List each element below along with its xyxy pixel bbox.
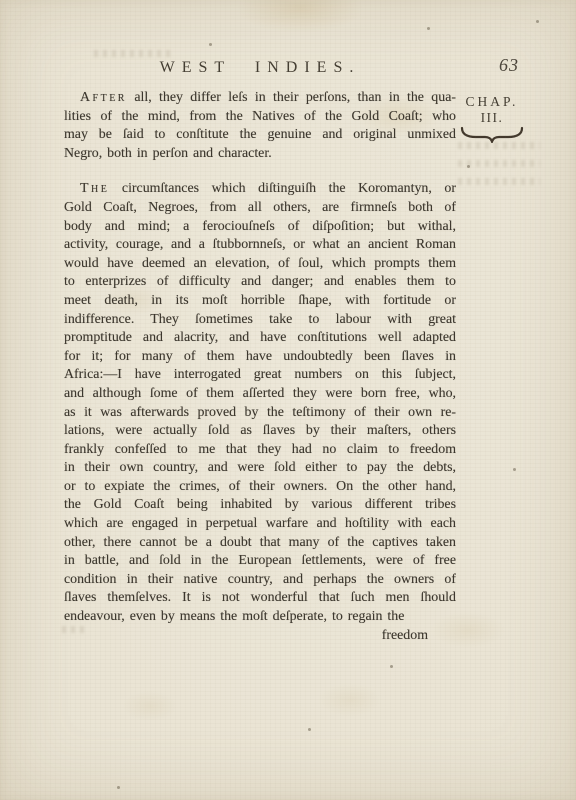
text-line: which are engaged in perpetual warfare a… — [64, 515, 456, 534]
chapter-numeral: III. — [456, 110, 528, 125]
paragraph-lead-word: After — [80, 90, 127, 105]
text-line: condition in their native country, and p… — [64, 571, 456, 590]
text-line: Negro, both in perſon and character. — [64, 145, 456, 164]
text-line: in their own country, and were ſold eith… — [64, 459, 456, 478]
ink-speck — [427, 27, 430, 30]
text-line: lities of the mind, from the Natives of … — [64, 108, 456, 127]
chapter-label: CHAP. — [456, 94, 528, 110]
text-line: in battle, and ſold in the European ſett… — [64, 552, 456, 571]
page-number: 63 — [499, 55, 519, 76]
text-line: indifference. They ſometimes take to lab… — [64, 311, 456, 330]
text-line: After all, they differ leſs in their per… — [64, 89, 456, 108]
catchword-row: freedom — [64, 627, 456, 646]
text-line: body and mind; a ferociouſneſs of diſpoſ… — [64, 218, 456, 237]
ink-speck — [390, 665, 393, 668]
ink-speck — [308, 728, 311, 731]
text-line: activity, courage, and a ſtubbornneſs, o… — [64, 236, 456, 255]
catchword: freedom — [382, 628, 428, 643]
paragraph-2: The circumſtances which diſtinguiſh the … — [64, 180, 456, 626]
text-line: ſlaves themſelves. It is not wonderful t… — [64, 589, 456, 608]
text-line: The circumſtances which diſtinguiſh the … — [64, 180, 456, 199]
text-line: other, there cannot be a doubt that many… — [64, 534, 456, 553]
text-line: Africa:—I have interrogated great number… — [64, 366, 456, 385]
bleedthrough-ghost-margin — [458, 142, 540, 196]
ink-speck — [117, 786, 120, 789]
paragraphs-container: After all, they differ leſs in their per… — [64, 89, 456, 627]
chapter-brace-icon — [459, 126, 525, 143]
text-line: to enterprizes of difficulty and danger;… — [64, 273, 456, 292]
text-line: the Gold Coaſt being inhabited by variou… — [64, 496, 456, 515]
text-line: Gold Coaſt, Negroes, from all others, ar… — [64, 199, 456, 218]
text-line: promptitude and alacrity, and have conſt… — [64, 329, 456, 348]
paragraph-lead-word: The — [80, 181, 109, 196]
ink-speck — [536, 20, 539, 23]
running-header: WEST INDIES. — [64, 59, 456, 77]
text-line: for it; for many of them have undoubtedl… — [64, 348, 456, 367]
text-line: would have deemed an elevation, of ſoul,… — [64, 255, 456, 274]
ink-speck — [513, 468, 516, 471]
text-line: and although ſome of them aſſerted they … — [64, 385, 456, 404]
text-line: meet death, in its moſt horrible ſhape, … — [64, 292, 456, 311]
chapter-margin-note: CHAP. III. — [456, 94, 528, 143]
body-text: After all, they differ leſs in their per… — [64, 89, 456, 645]
text-line: as it was afterwards proved by the teſti… — [64, 404, 456, 423]
ink-speck — [209, 43, 212, 46]
paragraph-1: After all, they differ leſs in their per… — [64, 89, 456, 163]
ink-speck — [467, 165, 470, 168]
book-page-scan: WEST INDIES. 63 CHAP. III. After all, th… — [0, 0, 576, 800]
text-line: endeavour, even by means the moſt deſper… — [64, 608, 456, 627]
text-line: may be ſaid to conſtitute the genuine an… — [64, 126, 456, 145]
text-line: lations, were actually ſold as ſlaves by… — [64, 422, 456, 441]
text-line: frankly confeſſed to me that they had no… — [64, 441, 456, 460]
text-line: or to expiate the crimes, of their owner… — [64, 478, 456, 497]
